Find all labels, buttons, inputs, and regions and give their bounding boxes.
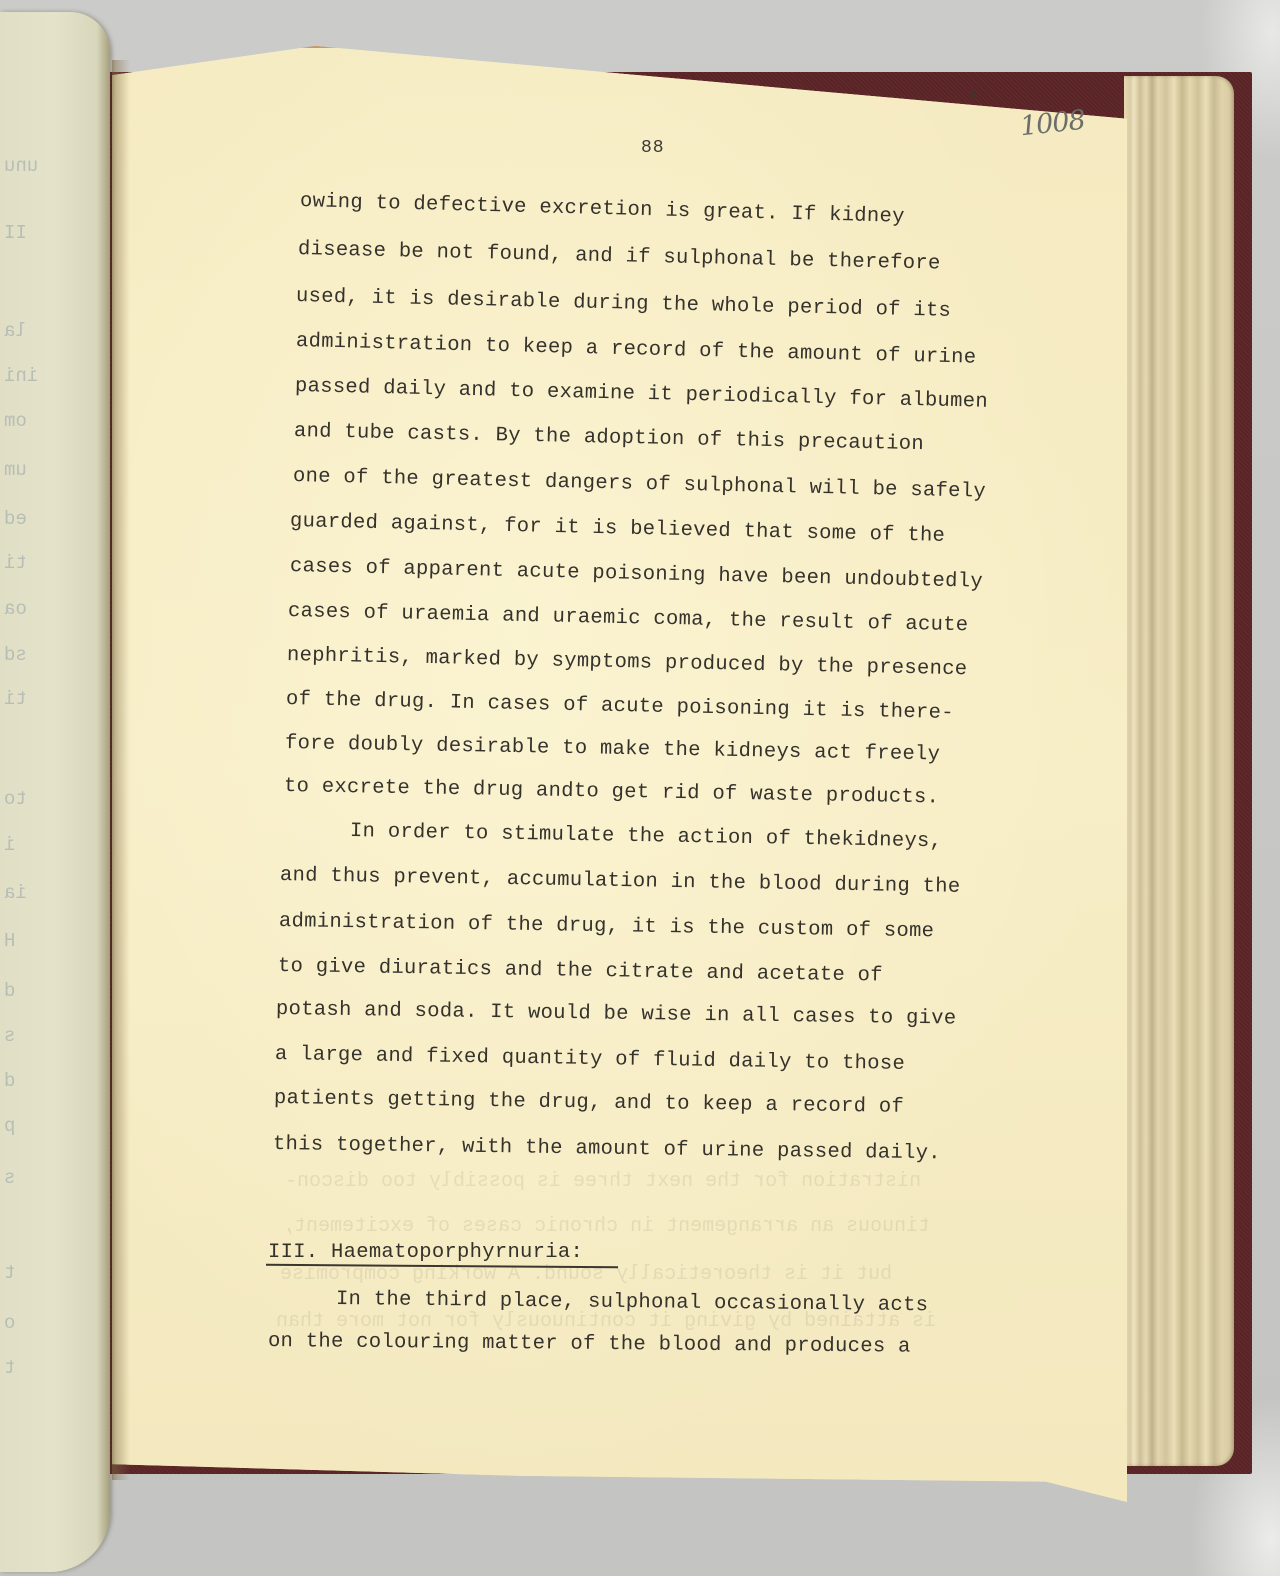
text-line: on the colouring matter of the blood and… xyxy=(268,1330,911,1359)
section-heading: III. Haematoporphyrnuria: xyxy=(268,1241,583,1264)
text-line: one of the greatest dangers of sulphonal… xyxy=(293,465,986,504)
text-line: to give diuratics and the citrate and ac… xyxy=(278,955,883,987)
text-line: guarded against, for it is believed that… xyxy=(290,510,946,548)
text-line: passed daily and to examine it periodica… xyxy=(295,375,988,414)
text-line: cases of apparent acute poisoning have b… xyxy=(290,555,983,594)
text-line: fore doubly desirable to make the kidney… xyxy=(285,732,941,766)
text-line: disease be not found, and if sulphonal b… xyxy=(298,238,941,276)
text-line: administration to keep a record of the a… xyxy=(296,330,977,370)
text-line: In order to stimulate the action of thek… xyxy=(350,820,943,853)
text-line: to excrete the drug andto get rid of was… xyxy=(284,775,940,809)
text-line: of the drug. In cases of acute poisoning… xyxy=(286,688,954,725)
text-line: nephritis, marked by symptoms produced b… xyxy=(287,644,968,681)
text-line: and thus prevent, accumulation in the bl… xyxy=(280,864,961,899)
bleed-through-line: tinuous an arrangement in chronic cases … xyxy=(282,1215,930,1238)
text-line: cases of uraemia and uraemic coma, the r… xyxy=(288,600,969,637)
text-line: potash and soda. It would be wise in all… xyxy=(276,998,957,1030)
text-line: and tube casts. By the adoption of this … xyxy=(294,420,924,456)
text-line: administration of the drug, it is the cu… xyxy=(279,910,935,943)
text-line: a large and fixed quantity of fluid dail… xyxy=(275,1043,905,1076)
bleed-through-line: nistration for the next three is possibl… xyxy=(285,1170,921,1193)
text-line: owing to defective excretion is great. I… xyxy=(300,190,905,229)
typescript-body: nistration for the next three is possibl… xyxy=(0,0,1280,1576)
text-line: patients getting the drug, and to keep a… xyxy=(274,1087,904,1119)
text-line: this together, with the amount of urine … xyxy=(273,1133,941,1165)
text-line: used, it is desirable during the whole p… xyxy=(296,285,952,323)
